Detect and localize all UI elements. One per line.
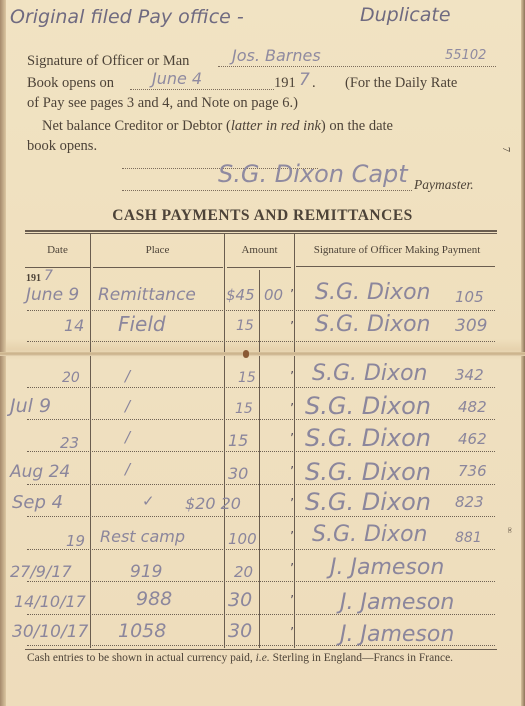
paymaster-signature: S.G. Dixon Capt <box>218 160 408 188</box>
header-date: Date <box>25 244 90 256</box>
table-bottom-rule <box>25 649 497 650</box>
row-4-amount: 15 <box>228 431 248 450</box>
signature-label: Signature of Officer or Man <box>27 53 189 70</box>
row-6-date: Sep 4 <box>12 492 63 513</box>
row-9-date: 14/10/17 <box>14 592 86 611</box>
row-0-amount-sub: 00 <box>264 286 283 304</box>
table-year-prefix: 191 <box>26 273 41 284</box>
row-4-signature: S.G. Dixon <box>305 424 431 452</box>
section-title: CASH PAYMENTS AND REMITTANCES <box>0 207 525 225</box>
tick-mark: ’ <box>290 402 294 417</box>
row-1-amount: 15 <box>236 318 254 334</box>
paymaster-label: Paymaster. <box>414 177 474 193</box>
row-line <box>27 341 495 342</box>
header-signature: Signature of Officer Making Payment <box>296 244 498 256</box>
header-underline-signature <box>296 266 495 267</box>
row-7-amount: 100 <box>228 530 257 548</box>
tick-mark: ’ <box>290 530 294 545</box>
row-5-date: Aug 24 <box>10 462 70 482</box>
row-4-ref: 462 <box>458 430 487 448</box>
row-9-place: 988 <box>136 588 172 610</box>
annotation-duplicate: Duplicate <box>360 4 451 26</box>
row-6-signature: S.G. Dixon <box>305 488 431 516</box>
header-underline-date <box>25 267 90 268</box>
annotation-original-filed: Original filed Pay office - <box>10 6 244 28</box>
row-1-signature: S.G. Dixon <box>315 312 430 337</box>
row-10-amount: 30 <box>228 620 252 642</box>
row-5-place: / <box>125 460 130 478</box>
row-0-amount: $45 <box>226 286 255 304</box>
col-divider-2 <box>224 234 225 648</box>
row-line <box>27 581 495 582</box>
tick-mark: ’ <box>290 465 294 480</box>
row-0-date: June 9 <box>26 285 79 305</box>
row-8-amount: 20 <box>234 563 253 581</box>
row-2-signature: S.G. Dixon <box>312 361 427 386</box>
row-9-signature: J. Jameson <box>340 590 454 615</box>
margin-mark: ∞ <box>505 527 515 533</box>
header-underline-amount <box>227 267 291 268</box>
row-line <box>27 387 495 388</box>
paybook-page: Original filed Pay office - Duplicate Si… <box>0 0 525 706</box>
net-balance-label: Net balance Creditor or Debtor (latter i… <box>42 118 393 135</box>
book-opens-note-2: of Pay see pages 3 and 4, and Note on pa… <box>27 95 298 112</box>
page-fold <box>0 352 525 356</box>
footer-note: Cash entries to be shown in actual curre… <box>27 652 453 664</box>
tick-mark: ’ <box>290 594 294 609</box>
row-8-signature: J. Jameson <box>330 555 444 580</box>
col-divider-3 <box>294 234 295 648</box>
tick-mark: ’ <box>290 370 294 385</box>
row-4-date: 23 <box>60 434 79 452</box>
header-underline-place <box>93 267 223 268</box>
row-6-ref: 823 <box>455 493 484 511</box>
row-8-place: 919 <box>130 562 162 582</box>
row-line <box>27 310 495 311</box>
tick-mark: ’ <box>290 626 294 641</box>
table-top-rule-2 <box>25 233 497 234</box>
row-0-signature: S.G. Dixon <box>315 280 430 305</box>
book-opens-date: June 4 <box>152 69 202 88</box>
row-4-place: / <box>125 428 130 446</box>
paymaster-dotted-line <box>122 190 412 191</box>
row-3-ref: 482 <box>458 398 487 416</box>
row-10-signature: J. Jameson <box>340 622 454 647</box>
row-2-amount: 15 <box>238 370 256 386</box>
row-2-ref: 342 <box>455 366 484 384</box>
row-line <box>27 549 495 550</box>
row-2-place: / <box>125 367 130 385</box>
row-3-place: / <box>125 397 130 415</box>
tick-mark: ’ <box>290 432 294 447</box>
row-10-date: 30/10/17 <box>12 622 88 642</box>
table-year-suffix: 7 <box>44 268 53 284</box>
book-opens-label: Book opens on <box>27 75 114 92</box>
row-5-ref: 736 <box>458 462 487 480</box>
tick-mark: ’ <box>290 320 294 335</box>
book-opens-note: (For the Daily Rate <box>345 75 457 92</box>
regimental-number: 55102 <box>445 48 486 63</box>
row-3-date: Jul 9 <box>10 395 51 417</box>
row-3-amount: 15 <box>235 401 253 417</box>
row-0-place: Remittance <box>98 285 196 305</box>
row-0-tick: ’ <box>290 288 294 303</box>
signature-dotted-line <box>218 66 496 67</box>
row-line <box>27 516 495 517</box>
col-divider-1 <box>90 234 91 648</box>
row-2-date: 20 <box>62 370 80 386</box>
book-opens-dotted-line <box>130 89 274 90</box>
row-1-date: 14 <box>64 316 84 335</box>
row-0-ref: 105 <box>455 288 484 306</box>
tick-mark: ’ <box>290 562 294 577</box>
signature-value: Jos. Barnes <box>232 46 321 65</box>
row-5-signature: S.G. Dixon <box>305 458 431 486</box>
row-9-amount: 30 <box>228 589 252 611</box>
book-opens-year-suffix: 7 <box>299 70 310 90</box>
net-balance-line2: book opens. <box>27 138 97 155</box>
row-3-signature: S.G. Dixon <box>305 392 431 420</box>
row-7-signature: S.G. Dixon <box>312 522 427 547</box>
row-8-date: 27/9/17 <box>10 562 72 581</box>
book-opens-year-prefix: 191 <box>274 75 296 92</box>
fold-stain <box>243 350 249 358</box>
row-1-place: Field <box>118 312 166 336</box>
row-5-amount: 30 <box>228 464 248 483</box>
table-top-rule <box>25 230 497 232</box>
row-7-place: Rest camp <box>100 527 185 546</box>
row-7-ref: 881 <box>455 530 482 546</box>
header-place: Place <box>91 244 224 256</box>
row-1-ref: 309 <box>455 316 487 336</box>
row-6-amount: $20 20 <box>185 494 241 513</box>
tick-mark: ’ <box>290 497 294 512</box>
page-number: 7 <box>500 147 511 152</box>
row-10-place: 1058 <box>118 620 166 642</box>
row-7-date: 19 <box>66 532 85 550</box>
col-divider-amount-sub <box>259 270 260 648</box>
row-6-place: ✓ <box>142 492 155 510</box>
header-amount: Amount <box>225 244 294 256</box>
